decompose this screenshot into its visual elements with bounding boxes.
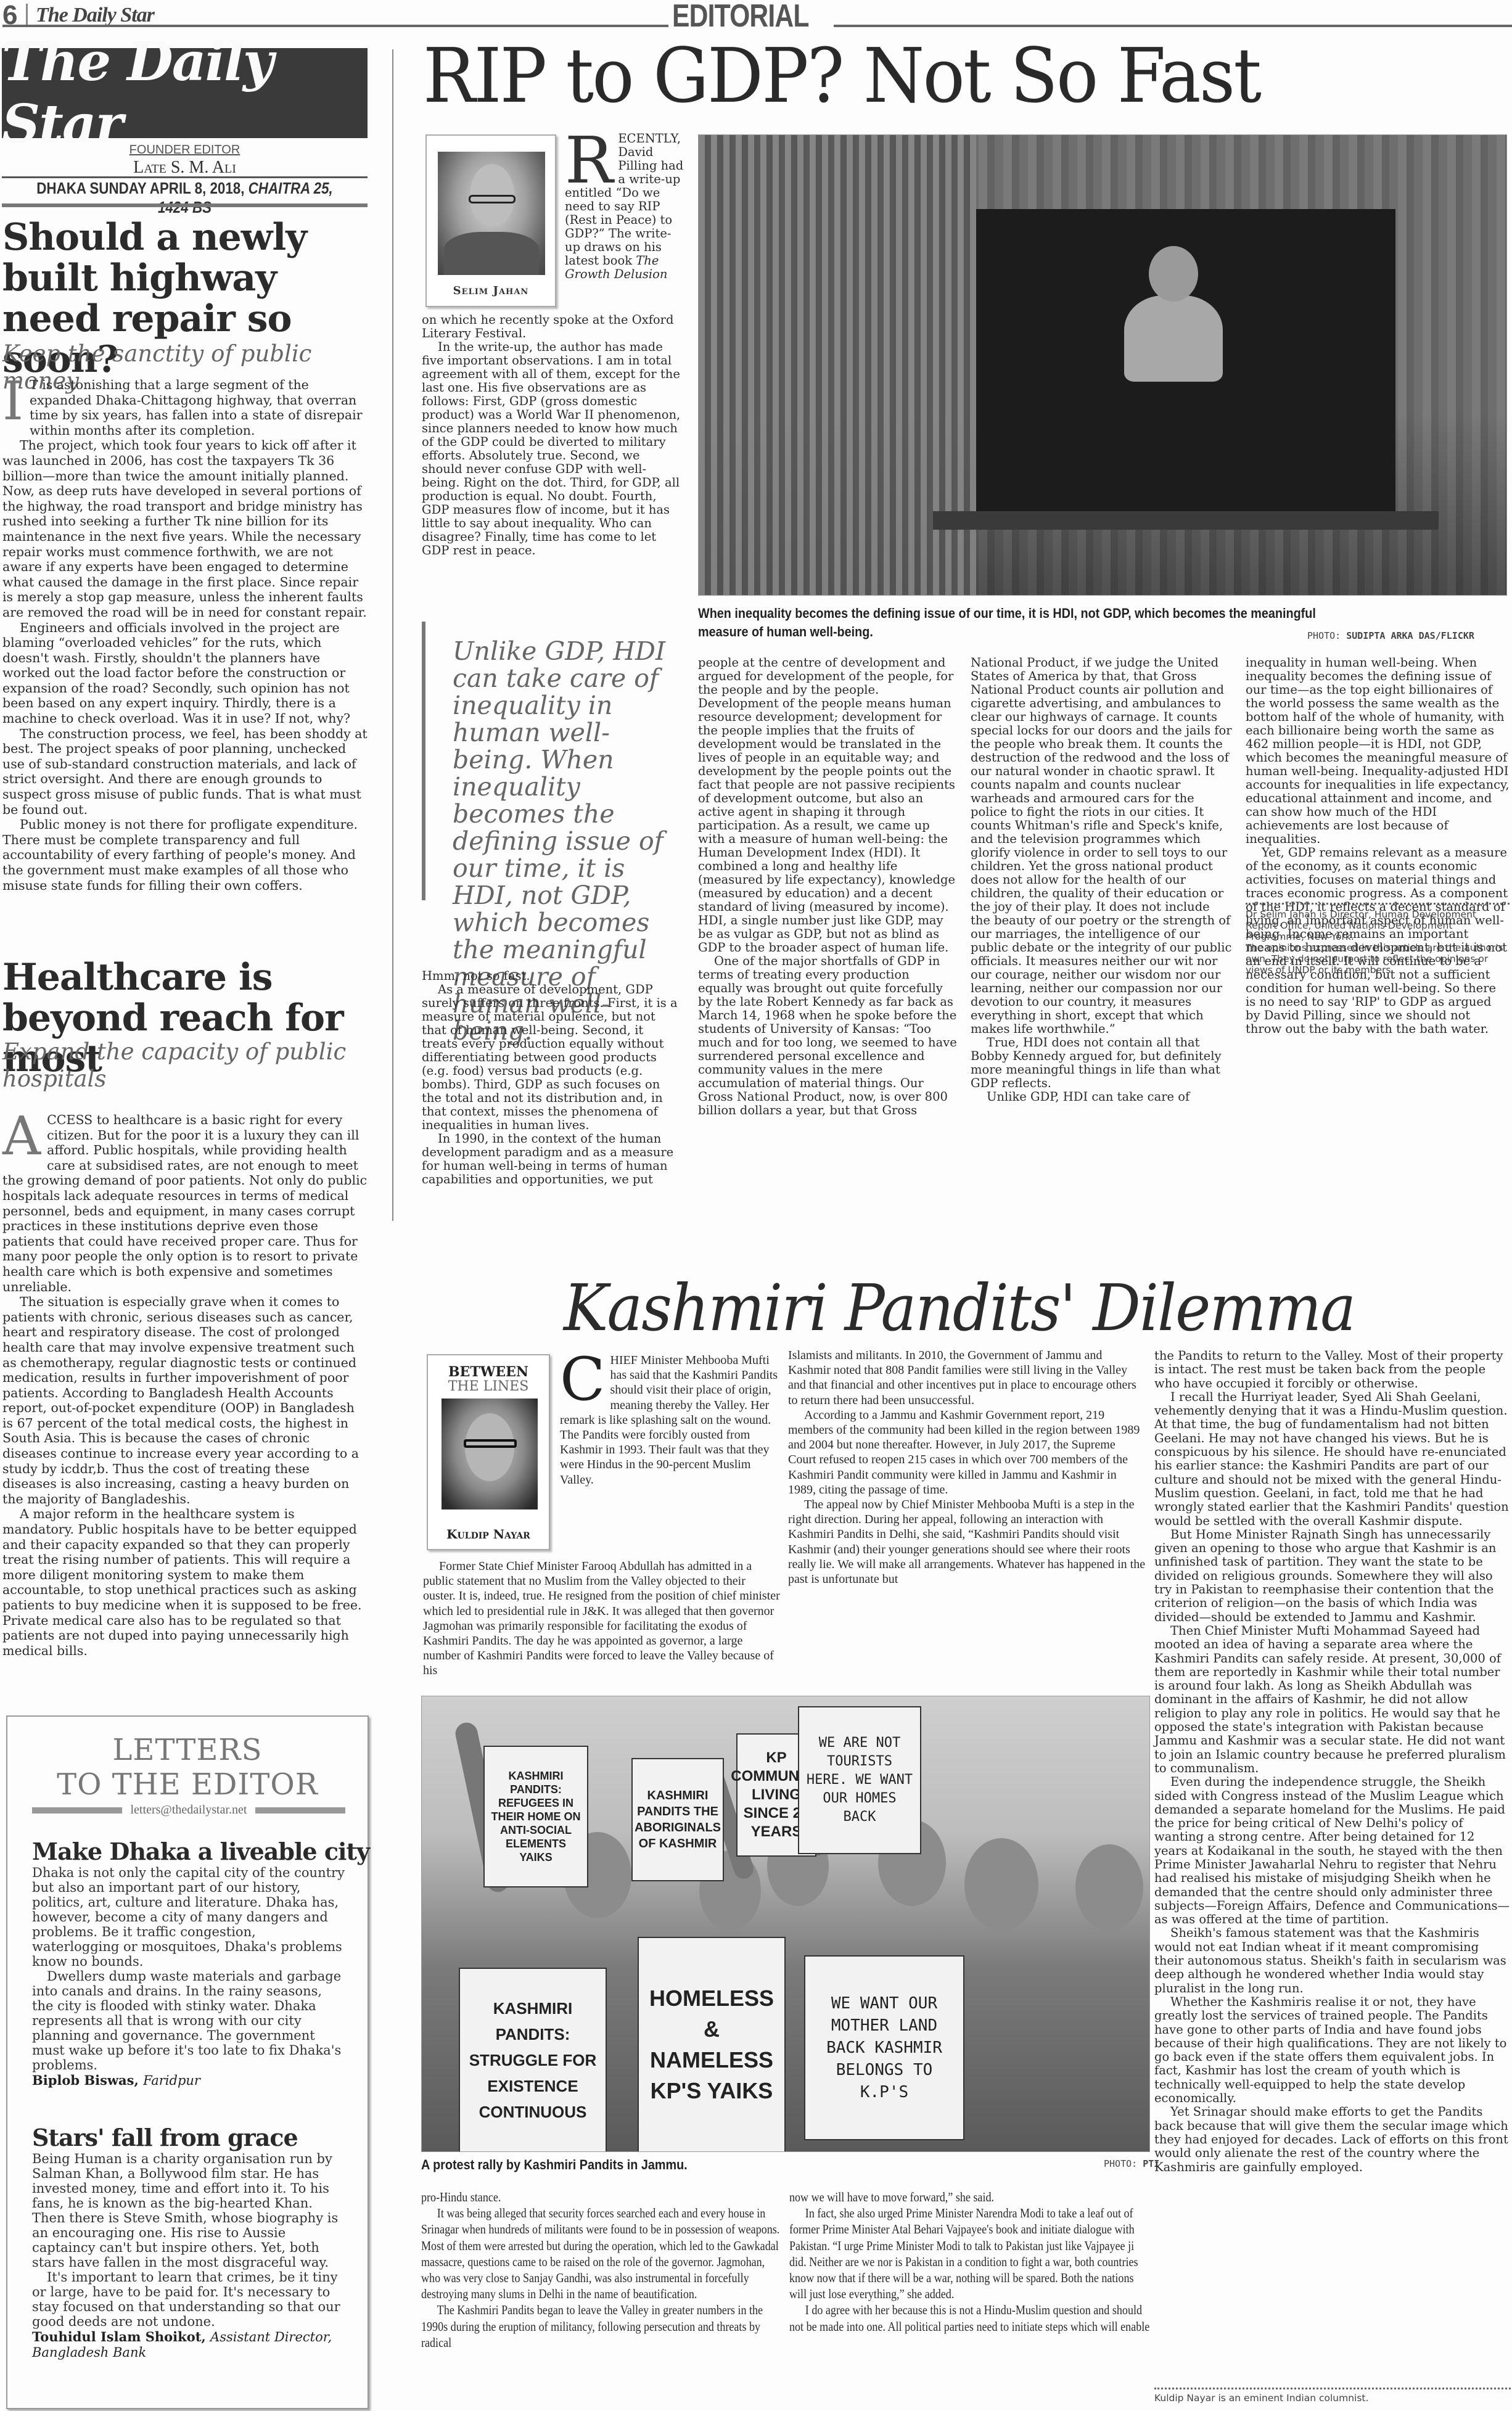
article-body-col4: inequality in human well-being. When ine… [1246, 656, 1510, 1036]
divider [1154, 2388, 1511, 2389]
date-text: DHAKA SUNDAY APRIL 8, 2018, [36, 179, 244, 197]
letter-headline: Stars' fall from grace [32, 2124, 347, 2151]
dateline: DHAKA SUNDAY APRIL 8, 2018, CHAITRA 25, … [28, 179, 342, 217]
letter-signature: Biplob Biswas, Faridpur [32, 2072, 347, 2088]
column-label: BETWEEN [428, 1364, 549, 1380]
author-name: Kuldip Nayar [428, 1527, 549, 1542]
divider [2, 203, 368, 207]
author-photo [438, 152, 545, 275]
article-body-col4: now we will have to move forward,” she s… [789, 2189, 1150, 2335]
author-box: Selim Jahan [425, 134, 556, 307]
article-body-col5: the Pandits to return to the Valley. Mos… [1154, 1349, 1511, 2174]
letters-email-row: letters@thedailystar.net [32, 1803, 345, 1817]
photo-credit: PHOTO: SUDIPTA ARKA DAS/FLICKR [1307, 630, 1474, 641]
letter-item: Make Dhaka a liveable city Dhaka is not … [32, 1838, 347, 2088]
article-headline: Kashmiri Pandits' Dilemma [564, 1270, 1355, 1345]
article-intro: CHIEF Minister Mehbooba Mufti has said t… [560, 1353, 782, 1487]
pull-quote: Unlike GDP, HDI can take care of inequal… [422, 622, 668, 900]
founder-name: Late S. M. Ali [2, 158, 368, 178]
mini-masthead: The Daily Star [36, 4, 154, 27]
article-body-col1: Former State Chief Minister Farooq Abdul… [423, 1559, 781, 1678]
author-photo [442, 1399, 538, 1509]
letter-item: Stars' fall from grace Being Human is a … [32, 2124, 347, 2360]
letters-email-link[interactable]: letters@thedailystar.net [131, 1803, 247, 1817]
divider [26, 4, 28, 26]
founder-label: FOUNDER EDITOR [2, 143, 368, 157]
article-body-col2: Islamists and militants. In 2010, the Go… [788, 1348, 1146, 1587]
author-name: Selim Jahan [427, 284, 555, 297]
photo-caption: A protest rally by Kashmiri Pandits in J… [421, 2156, 865, 2174]
letters-title: LETTERS TO THE EDITOR [7, 1733, 368, 1802]
divider [2, 176, 368, 178]
letter-headline: Make Dhaka a liveable city [32, 1838, 347, 1865]
editorial-subhead: Expand the capacity of public hospitals [2, 1038, 372, 1093]
article-body-col3: pro-Hindu stance. It was being alleged t… [421, 2189, 782, 2351]
column-divider [392, 49, 393, 1221]
editorial-body: IT is astonishing that a large segment o… [2, 377, 368, 893]
dropcap: I [2, 380, 23, 423]
article-intro: RECENTLY, David Pilling had a write-up e… [565, 132, 686, 281]
column-label: THE LINES [428, 1379, 549, 1394]
photo-credit: PHOTO: PTI [1104, 2158, 1159, 2169]
article-photo-child-at-window [698, 134, 1507, 596]
placard: WE WANT OUR MOTHER LAND BACK KASHMIR BEL… [804, 1955, 964, 2140]
placard: KASHMIRI PANDITS THE ABORIGINALS OF KASH… [631, 1758, 724, 1881]
masthead-logo: The Daily Star [2, 48, 368, 138]
header-rule [2, 25, 668, 27]
letters-box: LETTERS TO THE EDITOR letters@thedailyst… [6, 1715, 369, 2409]
editorial-body: ACCESS to healthcare is a basic right fo… [2, 1112, 368, 1658]
placard: WE ARE NOT TOURISTS HERE. WE WANT OUR HO… [798, 1706, 921, 1854]
divider [255, 1807, 345, 1813]
dropcap: R [565, 134, 613, 186]
dropcap: C [560, 1355, 605, 1403]
dropcap: A [2, 1115, 41, 1158]
author-bio: Dr Selim Jahan is Director, Human Develo… [1246, 909, 1505, 975]
divider [32, 1807, 122, 1813]
letter-body: Dhaka is not only the capital city of th… [32, 1865, 347, 2072]
section-label: EDITORIAL [672, 0, 809, 35]
masthead-title: The Daily Star [2, 31, 368, 155]
placard: KASHMIRI PANDITS: STRUGGLE FOR EXISTENCE… [459, 1968, 607, 2152]
article-body-col3: National Product, if we judge the United… [971, 656, 1232, 1104]
photo-caption: When inequality becomes the defining iss… [698, 604, 1364, 641]
divider [1246, 903, 1510, 905]
column-author-box: BETWEEN THE LINES Kuldip Nayar [427, 1354, 550, 1550]
placard: KASHMIRI PANDITS: REFUGEES IN THEIR HOME… [483, 1746, 588, 1887]
letter-signature: Touhidul Islam Shoikot, Assistant Direct… [32, 2329, 347, 2360]
header-rule [834, 25, 1512, 27]
article-body-col1: on which he recently spoke at the Oxford… [422, 313, 681, 557]
article-headline: RIP to GDP? Not So Fast [423, 32, 1260, 120]
letter-body: Being Human is a charity organisation ru… [32, 2151, 347, 2329]
article-body-col2: people at the centre of development and … [698, 656, 957, 1117]
author-bio: Kuldip Nayar is an eminent Indian column… [1154, 2393, 1511, 2404]
placard: HOMELESS & NAMELESS KP'S YAIKS [638, 1937, 786, 2152]
article-photo-protest-rally: KASHMIRI PANDITS: REFUGEES IN THEIR HOME… [421, 1696, 1150, 2152]
article-body-col1b: Hmm, not so fast. As a measure of develo… [422, 969, 681, 1186]
